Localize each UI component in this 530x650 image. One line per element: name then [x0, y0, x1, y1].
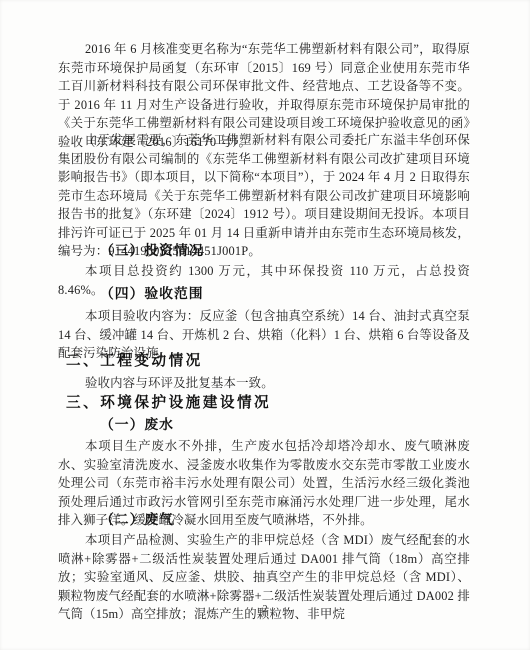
heading-section3-env-facilities: 三、环境保护设施建设情况 — [66, 393, 470, 413]
document-page: 2016 年 6 月核准变更名称为“东莞华工佛塑新材料有限公司”，取得原东莞市环… — [0, 0, 530, 650]
heading-section2-project-changes: 二、工程变动情况 — [66, 351, 470, 371]
heading-waste-gas: （二）废气 — [100, 510, 470, 529]
page-number: 2 — [0, 604, 530, 615]
heading-investment: （三）投资情况 — [100, 241, 470, 260]
heading-wastewater: （一）废水 — [100, 415, 470, 434]
document-content: 2016 年 6 月核准变更名称为“东莞华工佛塑新材料有限公司”，取得原东莞市环… — [58, 0, 470, 650]
paragraph-project-changes: 验收内容与环评及批复基本一致。 — [58, 374, 470, 393]
heading-acceptance-scope: （四）验收范围 — [100, 284, 470, 303]
